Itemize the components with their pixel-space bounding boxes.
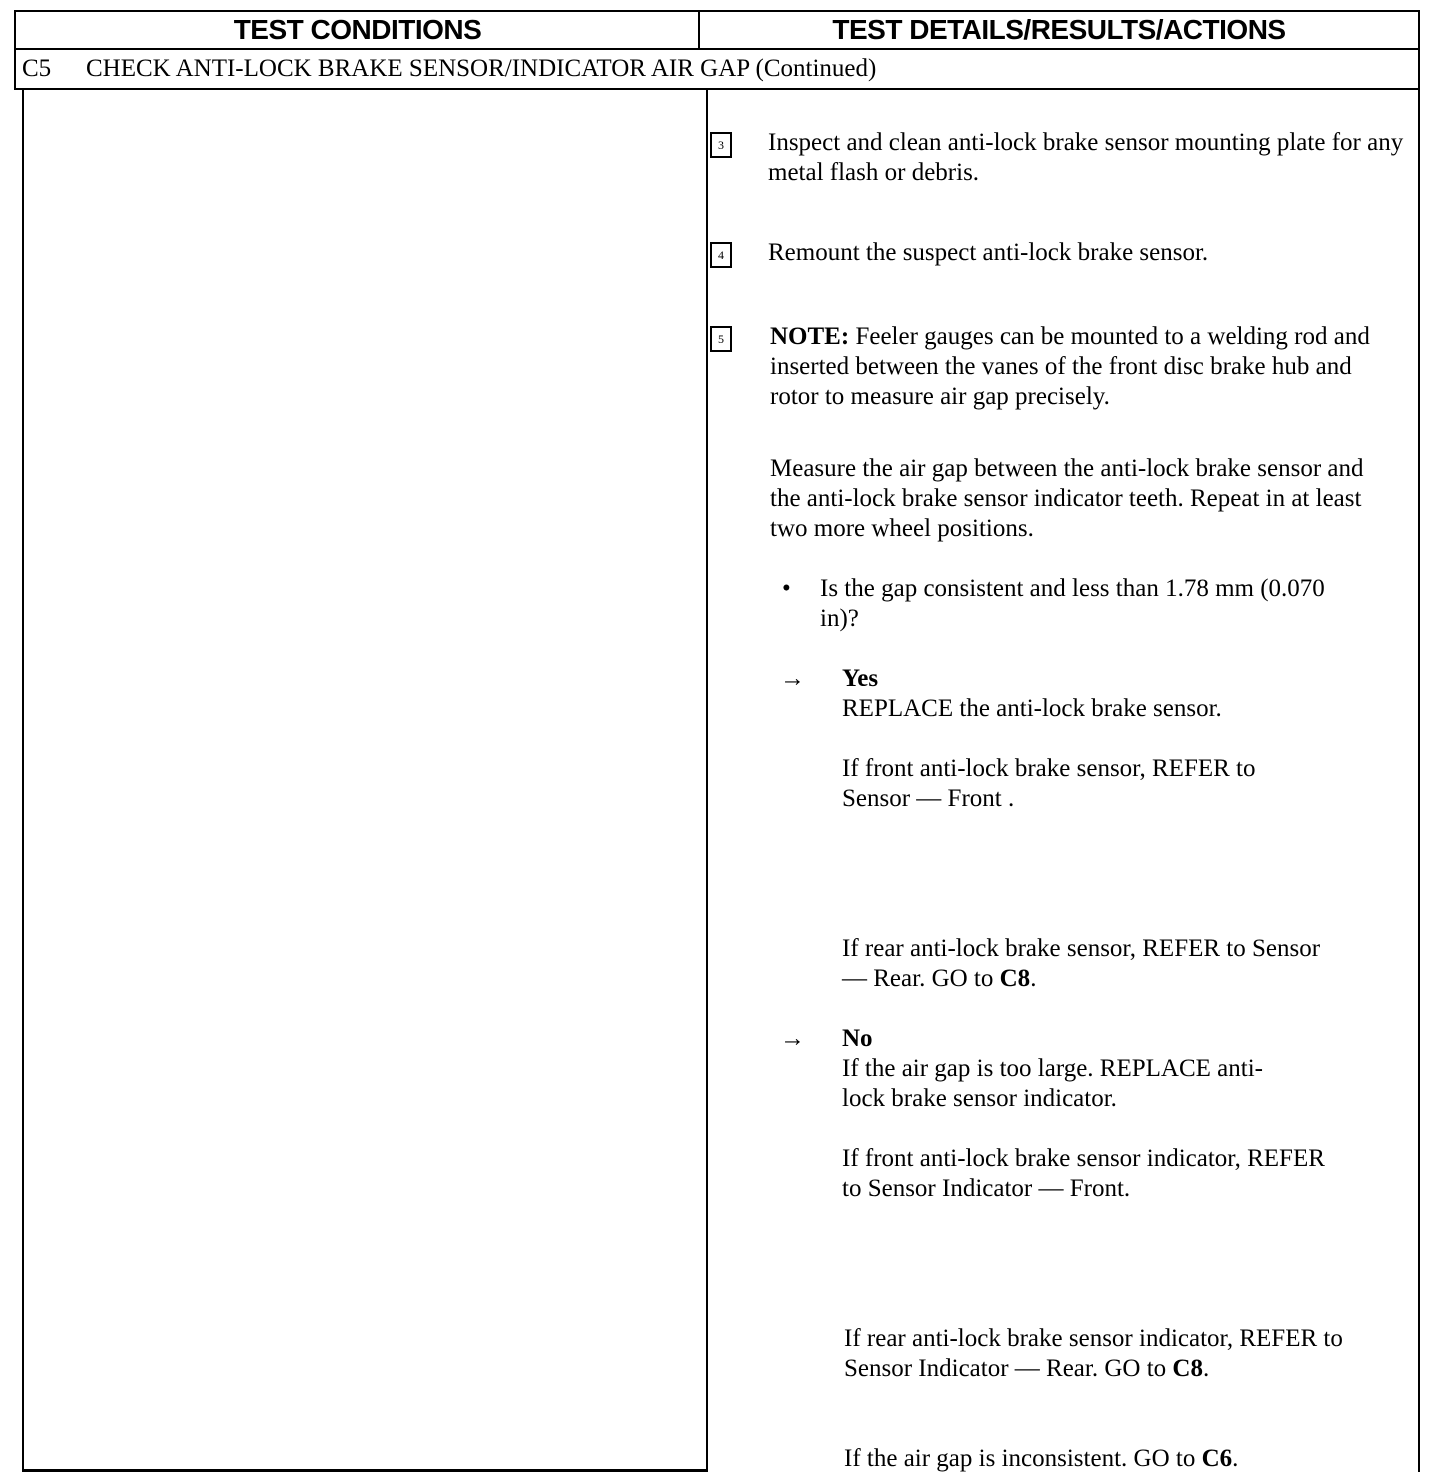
no-action: If the air gap is too large. REPLACE ant… (842, 1054, 1302, 1114)
no-rear-text: If rear anti-lock brake sensor indicator… (844, 1325, 1343, 1382)
punct: . (1203, 1355, 1209, 1382)
punct: . (1232, 1445, 1238, 1472)
yes-label: Yes (842, 664, 878, 694)
arrow-right-icon: → (780, 664, 805, 694)
note-text: Feeler gauges can be mounted to a weldin… (770, 323, 1370, 410)
yes-rear-refer: If rear anti-lock brake sensor, REFER to… (842, 934, 1342, 994)
no-label: No (842, 1024, 873, 1054)
no-front-refer: If front anti-lock brake sensor indicato… (842, 1144, 1342, 1204)
step-4-number-box: 4 (710, 240, 732, 268)
note-label: NOTE: (770, 323, 849, 350)
question-text: Is the gap consistent and less than 1.78… (820, 574, 1360, 634)
link-c8[interactable]: C8 (1000, 965, 1031, 992)
no-inconsistent: If the air gap is inconsistent. GO to C6… (844, 1444, 1384, 1474)
step-number: 5 (710, 326, 732, 352)
section-code: C5 (22, 55, 86, 83)
step-5-number-box: 5 (710, 324, 732, 352)
step-5-note: NOTE: Feeler gauges can be mounted to a … (770, 322, 1390, 412)
step-5-text: Measure the air gap between the anti-loc… (770, 454, 1390, 544)
link-c8[interactable]: C8 (1172, 1355, 1203, 1382)
yes-action: REPLACE the anti-lock brake sensor. (842, 694, 1382, 724)
step-number: 4 (710, 242, 732, 268)
header-test-conditions: TEST CONDITIONS (14, 10, 700, 50)
header-test-details: TEST DETAILS/RESULTS/ACTIONS (698, 10, 1420, 50)
step-3-number-box: 3 (710, 130, 732, 158)
section-title: CHECK ANTI-LOCK BRAKE SENSOR/INDICATOR A… (86, 55, 876, 83)
section-title-row: C5 CHECK ANTI-LOCK BRAKE SENSOR/INDICATO… (14, 50, 1420, 90)
step-number: 3 (710, 132, 732, 158)
link-c6[interactable]: C6 (1202, 1445, 1233, 1472)
test-details-column: 3 Inspect and clean anti-lock brake sens… (708, 90, 1420, 1472)
diagnostic-table: TEST CONDITIONS TEST DETAILS/RESULTS/ACT… (14, 10, 1420, 1472)
no-inconsistent-text: If the air gap is inconsistent. GO to (844, 1445, 1202, 1472)
arrow-right-icon: → (780, 1024, 805, 1054)
bullet-icon: • (782, 574, 791, 604)
no-rear-refer: If rear anti-lock brake sensor indicator… (844, 1324, 1384, 1384)
step-3-text: Inspect and clean anti-lock brake sensor… (768, 128, 1408, 188)
yes-front-refer: If front anti-lock brake sensor, REFER t… (842, 754, 1322, 814)
test-conditions-column (22, 90, 708, 1472)
yes-rear-text: If rear anti-lock brake sensor, REFER to… (842, 935, 1320, 992)
step-4-text: Remount the suspect anti-lock brake sens… (768, 238, 1408, 268)
punct: . (1030, 965, 1036, 992)
